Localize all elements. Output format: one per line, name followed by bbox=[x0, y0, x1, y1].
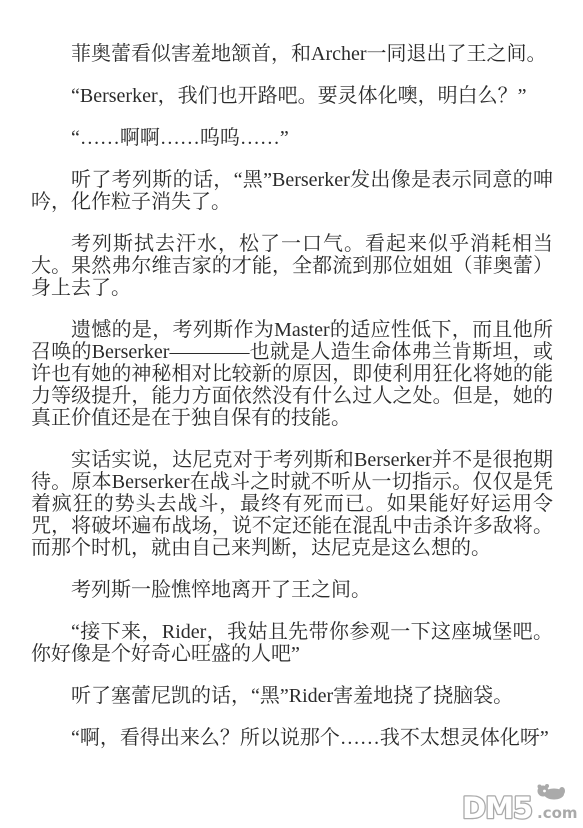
novel-text-page: 菲奥蕾看似害羞地颔首，和Archer一同退出了王之间。 “Berserker，我… bbox=[31, 43, 553, 769]
paragraph-10: 听了塞蕾尼凯的话，“黑”Rider害羞地挠了挠脑袋。 bbox=[31, 685, 553, 707]
paragraph-3: “……啊啊……呜呜……” bbox=[31, 127, 553, 149]
dm5-suffix-text: .com bbox=[537, 804, 578, 822]
dm5-mascot-icon bbox=[538, 784, 566, 800]
paragraph-8: 考列斯一脸憔悴地离开了王之间。 bbox=[31, 579, 553, 601]
paragraph-4: 听了考列斯的话，“黑”Berserker发出像是表示同意的呻吟，化作粒子消失了。 bbox=[31, 169, 553, 213]
paragraph-2: “Berserker，我们也开路吧。要灵体化噢，明白么？” bbox=[31, 85, 553, 107]
paragraph-6: 遗憾的是，考列斯作为Master的适应性低下，而且他所召唤的Berserker—… bbox=[31, 319, 553, 429]
paragraph-11: “啊，看得出来么？所以说那个……我不太想灵体化呀” bbox=[31, 727, 553, 749]
dm5-brand-text: DM5 bbox=[462, 791, 532, 824]
dm5-watermark: DM5 .com bbox=[461, 782, 579, 824]
paragraph-9: “接下来，Rider，我姑且先带你参观一下这座城堡吧。你好像是个好奇心旺盛的人吧… bbox=[31, 621, 553, 665]
paragraph-5: 考列斯拭去汗水，松了一口气。看起来似乎消耗相当大。果然弗尔维吉家的才能，全都流到… bbox=[31, 233, 553, 299]
paragraph-7: 实话实说，达尼克对于考列斯和Berserker并不是很抱期待。原本Berserk… bbox=[31, 449, 553, 559]
paragraph-1: 菲奥蕾看似害羞地颔首，和Archer一同退出了王之间。 bbox=[31, 43, 553, 65]
